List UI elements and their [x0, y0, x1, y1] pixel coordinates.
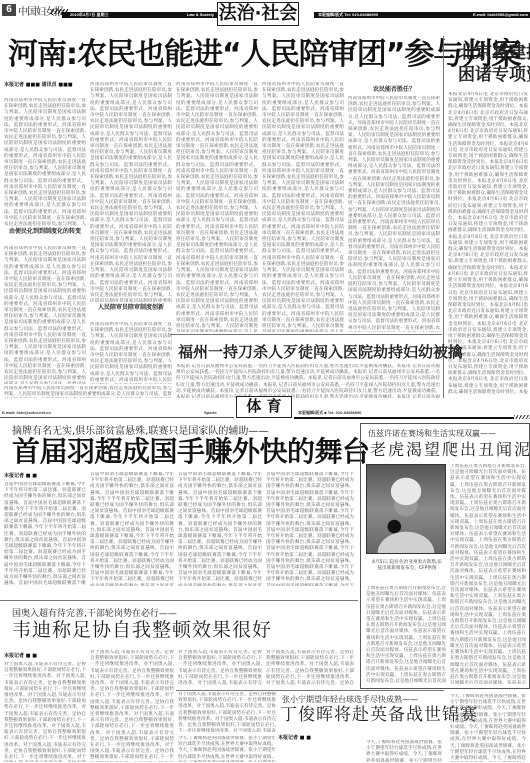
sports-lead-body-col-4: 首届中国羽毛球超级联赛落下帷幕,今年下半年将开始第二届比赛。羽超联赛已经成为国手… [266, 472, 354, 586]
section-email: E-mail: lishi2006@gmail.com [473, 12, 528, 18]
football-byline: 本报记者 ■ ■ [4, 652, 84, 659]
lead-body-col-5: 河南省郑州市中院人民陪审员制度一直在探索创新,农民走进法庭担任陪审员,参与判案。… [348, 96, 440, 332]
sports-lead-byline: 本报记者 ■ ■ [4, 472, 84, 479]
issue-date: 2010年4月7日 星期三 [70, 12, 108, 18]
sidebar-headline-line1: 北京将建援解 [458, 42, 530, 64]
lead-subhead-1: 由便民化到到制度化的转变 [4, 228, 86, 236]
lead-body-col-2b: 河南省郑州市中院人民陪审员制度一直在探索创新,农民走进法庭担任陪审员,参与判案。… [90, 322, 172, 384]
sports-lead-body-col-1: 首届中国羽毛球超级联赛落下帷幕,今年下半年将开始第二届比赛。羽超联赛已经成为国手… [4, 482, 86, 586]
football-body-col-3: 对于国奥入超,韦迪表示有待完善。足协自我整顿效果很好,干部轮岗势在必行,下一步还… [178, 650, 262, 686]
football-body-col-2: 对于国奥入超,韦迪表示有待完善。足协自我整顿效果很好,干部轮岗势在必行,下一步还… [90, 650, 174, 762]
football-headline: 韦迪称足协自我整顿效果很好 [12, 618, 272, 642]
football-body-col-4: 对于国奥入超,韦迪表示有待完善。足协自我整顿效果很好,干部轮岗势在必行,下一步还… [266, 650, 354, 686]
lead-body-col-4: 河南省郑州市中院人民陪审员制度一直在探索创新,农民走进法庭担任陪审员,参与判案。… [262, 82, 344, 332]
sports-section-english: Sports [204, 410, 217, 415]
lead-body-tail: 河南省郑州市中院人民陪审员制度一直在探索创新,农民走进法庭担任陪审员,参与判案。… [4, 386, 172, 398]
sports-lead-body-col-3: 首届中国羽毛球超级联赛落下帷幕,今年下半年将开始第二届比赛。羽超联赛已经成为国手… [178, 472, 262, 586]
secondary-headline: 福州一持刀杀人歹徒闯入医院劫持妇幼被擒 [178, 342, 463, 362]
tiger-woods-photo [366, 464, 446, 554]
tiger-body-col-2: 上周伍兹在奥古斯塔召开新闻发布会,这是他丑闻曝光后首次面对媒体。伍兹表示希望在赛… [450, 464, 526, 684]
football-body-col-1: 对于国奥入超,韦迪表示有待完善。足协自我整顿效果很好,干部轮岗势在必行,下一步还… [4, 662, 86, 762]
tiger-photo-caption: 4月5日,美国·佐治亚州奥古斯塔,伍兹出席新闻发布会。CFP供图 [370, 560, 444, 572]
lead-subhead-2: 人民陪审员陪审制度创新 [90, 304, 172, 312]
editor-contact: 本版编辑/版式 Tel: 010-84086990 [318, 12, 378, 18]
lead-body-col-1: 河南省郑州市中院人民陪审员制度一直在探索创新,农民走进法庭担任陪审员,参与判案。… [4, 98, 86, 226]
sidebar-headline-line2: 困诸专项资金 [458, 64, 530, 86]
football-divider-top [0, 600, 358, 601]
sports-lead-headline: 首届羽超成国手赚外快的舞台 [12, 436, 370, 468]
sports-rule-left [0, 417, 234, 418]
snooker-body-col-3: 今天,丁俊晖将赴英国备战世锦赛。张小宁期望年轻台球选手尽快成熟,在世界大赛中取得… [450, 694, 526, 762]
lead-body-col-1b: 河南省郑州市中院人民陪审员制度一直在探索创新,农民走进法庭担任陪审员,参与判案。… [4, 246, 86, 384]
header-bar-left: 2010年4月7日 星期三 Law & Society [62, 12, 218, 18]
secondary-body: 本报讯 记者日前从福州市公安局获悉,一名持刀歹徒闯入医院劫持妇女儿童,警方迅速出… [176, 364, 440, 398]
football-body-col-3b: 对于国奥入超,韦迪表示有待完善。足协自我整顿效果很好,干部轮岗势在必行,下一步还… [178, 692, 276, 732]
sports-rule-right [294, 417, 514, 419]
lead-body-col-2: 河南省郑州市中院人民陪审员制度一直在探索创新,农民走进法庭担任陪审员,参与判案。… [90, 82, 172, 302]
section-title-sports: 体 育 [236, 396, 292, 418]
sports-lead-body-col-2: 首届中国羽毛球超级联赛落下帷幕,今年下半年将开始第二届比赛。羽超联赛已经成为国手… [90, 472, 174, 586]
snooker-byline: 本报记者 ■ ■ [278, 734, 358, 741]
section-title-law-society: 法治·社会 [217, 2, 299, 26]
tiger-kicker: 伍兹许诺在赛场和生活实现双赢—— [368, 428, 496, 439]
sports-email: E-mail: lishi@sohu.net.cn [2, 410, 51, 415]
snooker-divider-top [176, 690, 444, 691]
secondary-divider-top [170, 334, 442, 335]
sports-editor-contact: 本版编辑/版式 ■ Tel: 010-84086690 [298, 410, 361, 416]
snooker-headline: 丁俊晖将赴英备战世锦赛 [280, 704, 478, 726]
lead-body-col-3: 河南省郑州市中院人民陪审员制度一直在探索创新,农民走进法庭担任陪审员,参与判案。… [176, 82, 258, 332]
sports-hatch-decoration [514, 415, 530, 419]
section-english-name: Law & Society [187, 12, 214, 18]
header-bar-right: 本版编辑/版式 Tel: 010-84086990 E-mail: lishi2… [314, 12, 530, 18]
tiger-body-col-1: 上周伍兹在奥古斯塔召开新闻发布会,这是他丑闻曝光后首次面对媒体。伍兹表示希望在赛… [366, 586, 446, 684]
page-number: 6 [2, 4, 16, 16]
lead-byline: 本报记者 ■■■ 通讯员 ■■■ [4, 82, 84, 89]
snooker-body-col-1: 今天,丁俊晖将赴英国备战世锦赛。张小宁期望年轻台球选手尽快成熟,在世界大赛中取得… [178, 736, 276, 762]
tiger-headline: 老虎渴望爬出丑闻泥潭 [370, 440, 530, 460]
snooker-body-col-2: 今天,丁俊晖将赴英国备战世锦赛。张小宁期望年轻台球选手尽快成熟,在世界大赛中取得… [366, 740, 442, 762]
lead-subhead-3: 农民能否胜任？ [348, 86, 440, 94]
